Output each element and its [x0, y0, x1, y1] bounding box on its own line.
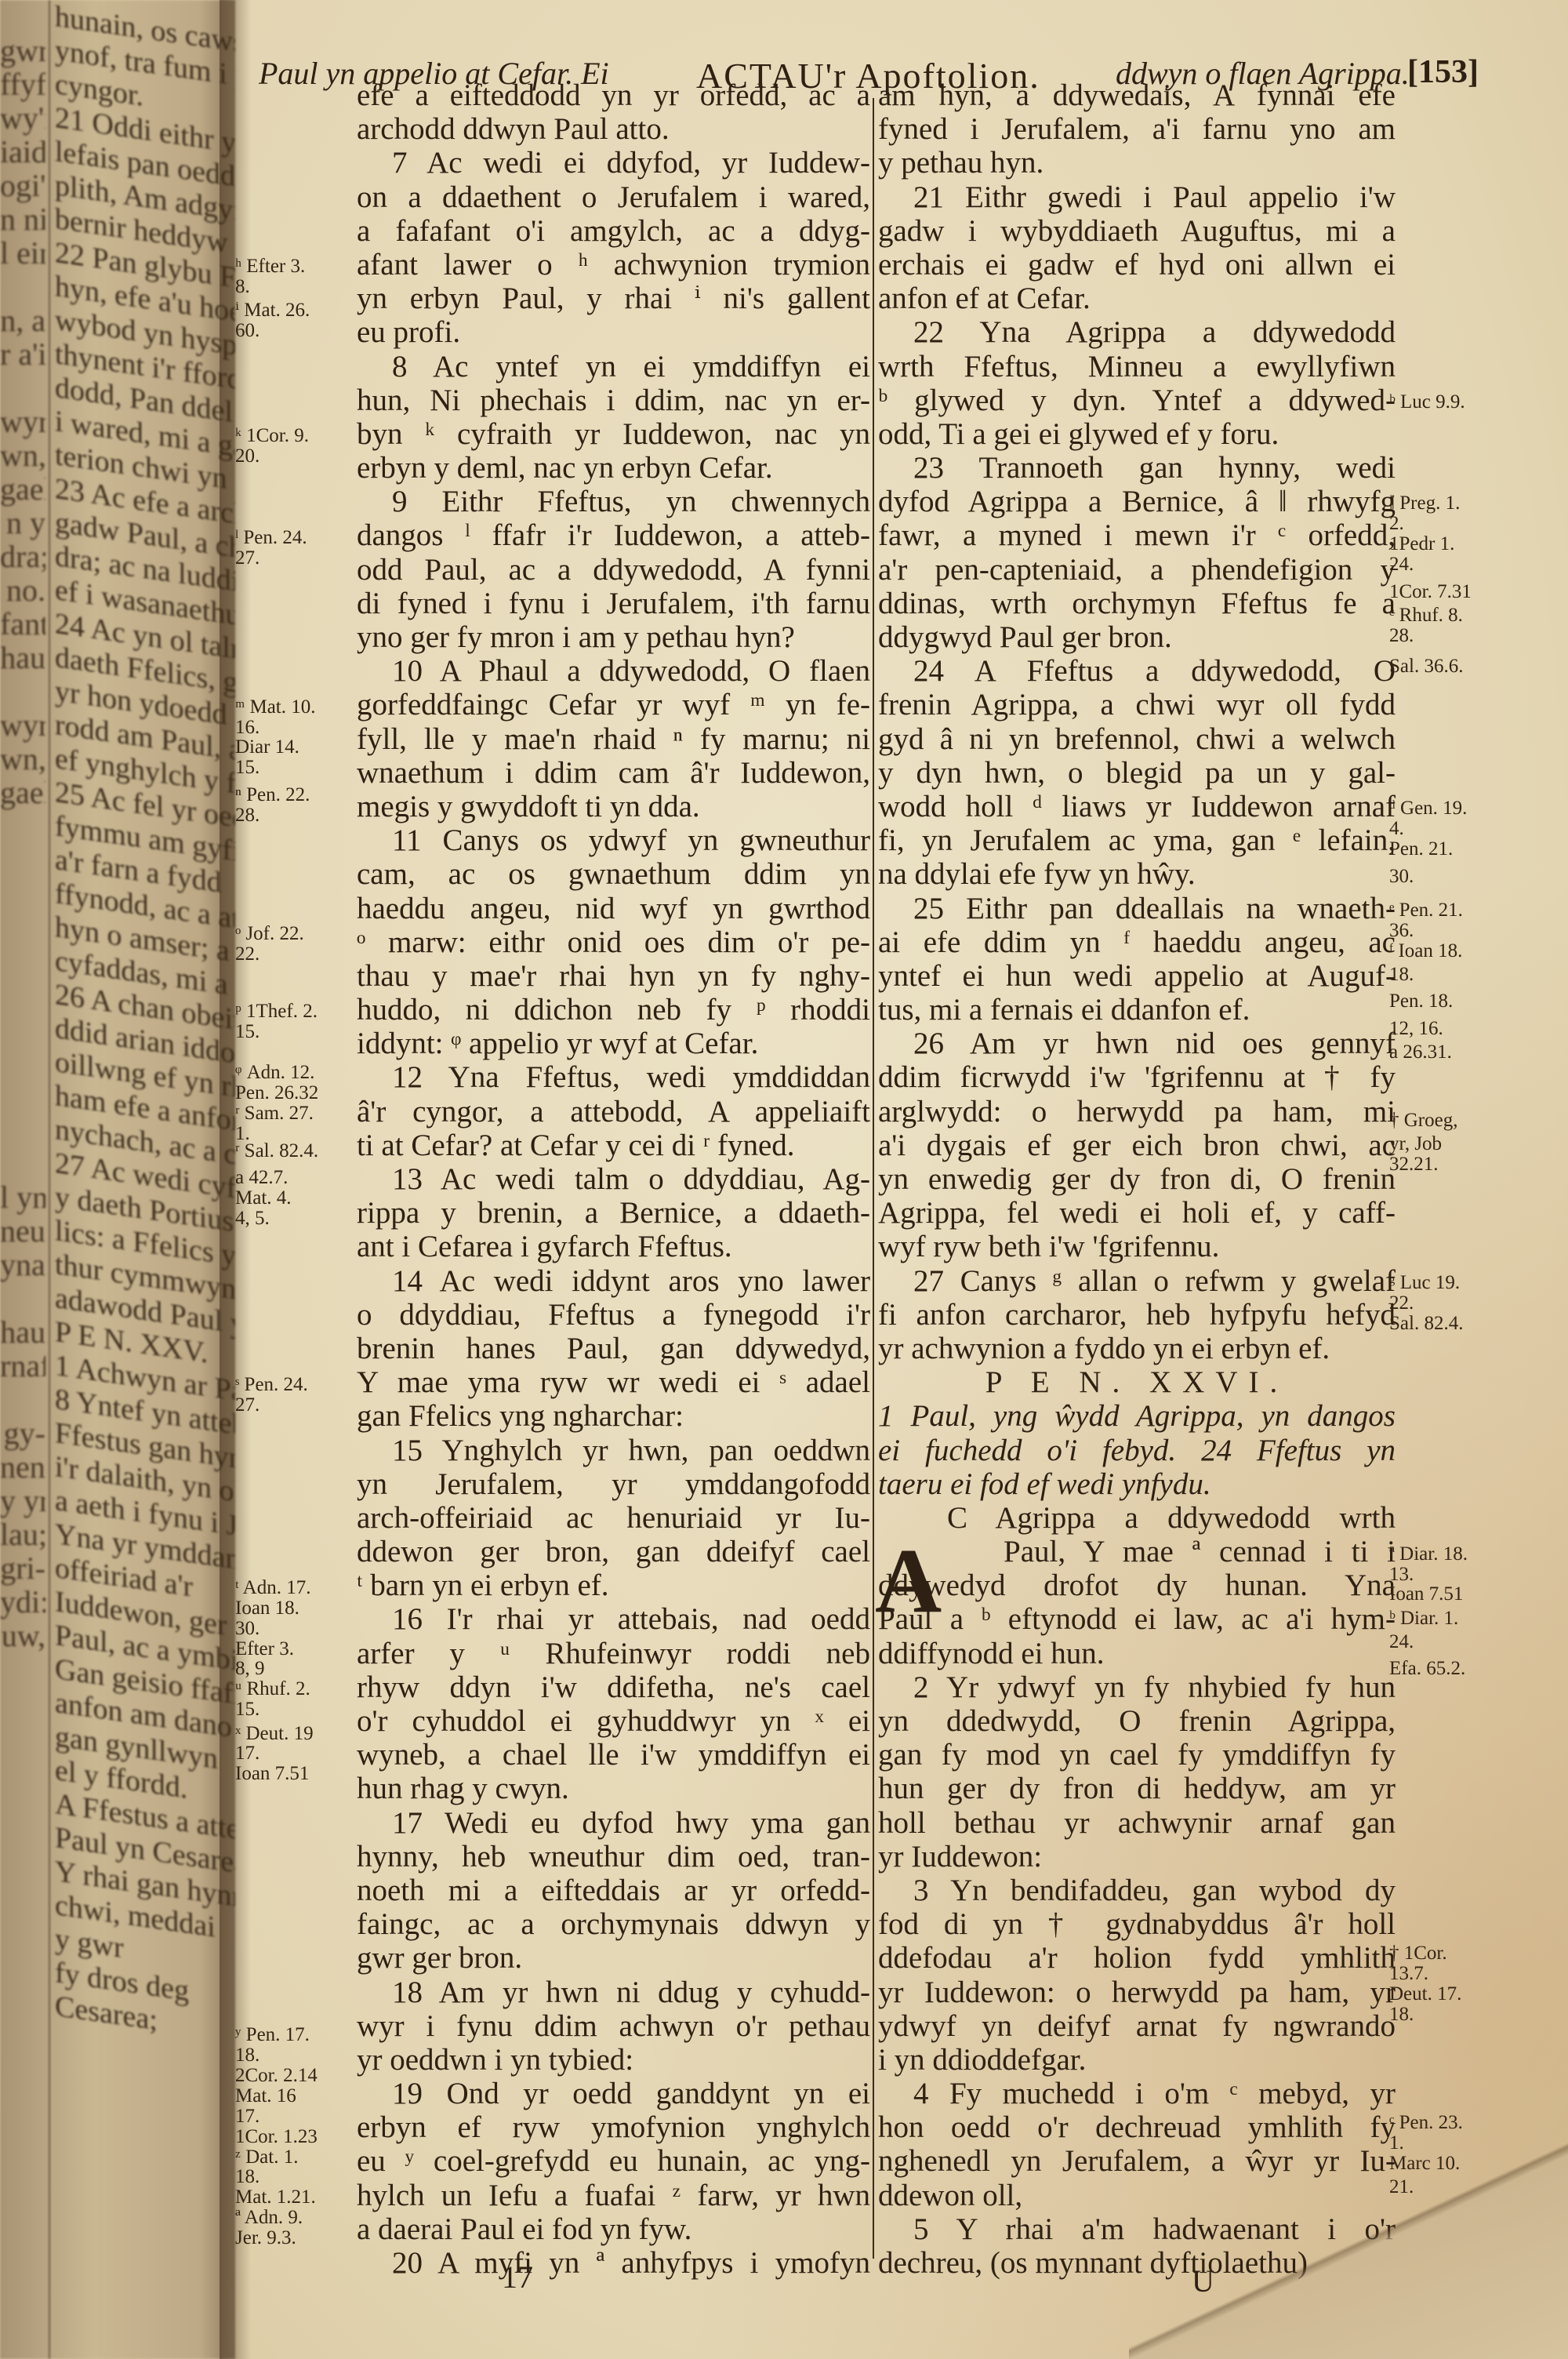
margin-cross-reference: ᵗ Adn. 17.	[235, 1577, 310, 1598]
text-line: na ddylai efe fyw yn hŵy.	[878, 857, 1396, 891]
text-line: ant i Cefarea i gyfarch Ffeftus.	[357, 1230, 870, 1263]
text-line: ti at Cefar? at Cefar y cei di ʳ fyned.	[357, 1129, 870, 1162]
previous-page-line: l yn	[0, 1180, 45, 1214]
margin-cross-reference: 18.	[1389, 964, 1414, 985]
text-line: archodd ddwyn Paul atto.	[357, 112, 870, 146]
text-line: arch-offeiriaid ac henuriaid yr Iu-	[357, 1501, 870, 1535]
margin-cross-reference: 15.	[235, 1699, 260, 1720]
previous-page-line	[0, 1652, 45, 1686]
previous-page-line: wn,	[0, 742, 45, 776]
margin-cross-reference: 22.	[235, 943, 260, 965]
margin-cross-reference: 8, 9	[235, 1658, 265, 1679]
text-line: haeddu angeu, nid wyf yn gwrthod	[357, 892, 870, 925]
text-line: ddinas, wrth orchymyn Ffeftus fe a	[878, 587, 1396, 620]
text-line: iddynt: ᵠ appelio yr wyf at Cefar.	[357, 1027, 870, 1060]
margin-cross-reference: Mat. 1.21.	[235, 2186, 316, 2208]
left-text-column: efe a eifteddodd yn yr orfedd, ac aarcho…	[357, 78, 870, 2280]
previous-page-line	[0, 843, 45, 877]
previous-page-line	[0, 877, 45, 911]
text-line: 19 Ond yr oedd ganddynt yn ei	[357, 2077, 870, 2110]
margin-cross-reference: ᵉ Pen. 21.	[1389, 900, 1463, 921]
margin-cross-reference: ᵈ Gen. 19.	[1389, 798, 1467, 819]
text-line: 11 Canys os ydwyf yn gwneuthur	[357, 823, 870, 857]
margin-cross-reference: 16.	[235, 717, 260, 738]
text-line: wyf ryw beth i'w 'fgrifennu.	[878, 1230, 1396, 1263]
text-line: yr Iuddewon: o herwydd pa ham, yr	[878, 1976, 1396, 2009]
previous-page-line	[0, 2192, 45, 2226]
text-line: â'r cyngor, a attebodd, A appeliaift	[357, 1095, 870, 1129]
text-line: ei fuchedd o'i febyd. 24 Ffeftus yn	[878, 1434, 1396, 1467]
text-line: i yn ddioddefgar.	[878, 2043, 1396, 2077]
text-line: hun ger dy fron di heddyw, am yr	[878, 1772, 1396, 1805]
margin-cross-reference: a 26.31.	[1389, 1041, 1452, 1063]
previous-page-line	[0, 2091, 45, 2125]
text-line: yn ddedwydd, O frenin Agrippa,	[878, 1704, 1396, 1738]
text-line: fawr, a myned i mewn i'r ᶜ orfedd,	[878, 518, 1396, 552]
text-line: a'r pen-capteniaid, a phendefigion y	[878, 553, 1396, 587]
previous-page-line	[0, 944, 45, 978]
text-line: brenin hanes Paul, gan ddywedyd,	[357, 1332, 870, 1365]
margin-cross-reference: 18.	[235, 2166, 260, 2187]
margin-cross-reference: ʳ Sam. 27.	[235, 1103, 314, 1124]
text-line: y pethau hyn.	[878, 146, 1396, 180]
previous-page-line	[0, 674, 45, 708]
margin-cross-reference: Mat. 4.	[235, 1187, 292, 1209]
previous-page-line	[0, 1888, 45, 1922]
text-line: faingc, ac a orchymynais ddwyn y	[357, 1907, 870, 1941]
margin-cross-reference: 1Pedr 1.	[1389, 533, 1454, 554]
previous-page-line	[0, 1754, 45, 1787]
text-line: 12 Yna Ffeftus, wedi ymddiddan	[357, 1060, 870, 1094]
margin-cross-reference: ᵘ Rhuf. 2.	[235, 1678, 310, 1699]
margin-cross-reference: ᵠ Adn. 12.	[235, 1062, 314, 1083]
text-line: ai efe ddim yn ᶠ haeddu angeu, ac	[878, 925, 1396, 959]
text-line: 9 Eithr Ffeftus, yn chwennych	[357, 485, 870, 518]
text-line: erbyn y deml, nac yn erbyn Cefar.	[357, 451, 870, 485]
text-line: yr Iuddewon:	[878, 1840, 1396, 1874]
text-line: hun rhag y cwyn.	[357, 1772, 870, 1805]
previous-page-line: hau	[0, 1315, 45, 1349]
text-line: dyfod Agrippa a Bernice, â ‖ rhwyfg	[878, 485, 1396, 518]
margin-cross-reference: ᵖ 1Thef. 2.	[235, 1001, 318, 1022]
text-line: eu ʸ coel-grefydd eu hunain, ac yng-	[357, 2144, 870, 2178]
margin-cross-reference: ʸ Pen. 17.	[235, 2024, 310, 2045]
margin-cross-reference: ‖ Preg. 1.	[1389, 493, 1460, 514]
text-line: hun, Ni phechais i ddim, nac yn er-	[357, 383, 870, 417]
previous-page-line: n ni,	[0, 202, 45, 236]
text-line: Y mae yma ryw wr wedi ei ˢ adael	[357, 1365, 870, 1399]
text-line: 27 Canys ᵍ allan o refwm y gwelaf	[878, 1264, 1396, 1298]
margin-cross-reference: ʰ Efter 3.	[235, 256, 305, 277]
text-line: odd, Ti a gei ei glywed ef y foru.	[878, 417, 1396, 451]
text-line: 25 Eithr pan ddeallais na wnaeth-	[878, 892, 1396, 925]
previous-page-line	[0, 0, 45, 34]
previous-page-line: gael	[0, 776, 45, 809]
text-line: gyd â ni yn brefennol, chwi a welwch	[878, 722, 1396, 756]
previous-page-line	[0, 1045, 45, 1079]
previous-page-line: yna-	[0, 1248, 45, 1281]
margin-cross-reference: ᵇ Luc 9.9.	[1389, 391, 1465, 413]
margin-cross-reference: Efter 3.	[235, 1638, 294, 1659]
margin-cross-reference: Pen. 26.32	[235, 1082, 318, 1103]
margin-cross-reference: Efa. 65.2.	[1389, 1658, 1465, 1679]
margin-cross-reference: ᶜ Rhuf. 8.	[1389, 605, 1463, 626]
text-line: frenin Agrippa, a chwi wyr oll fydd	[878, 688, 1396, 722]
margin-cross-reference: ᶻ Dat. 1.	[235, 2146, 298, 2168]
text-line: ddewon ger bron, gan ddeifyf cael	[357, 1535, 870, 1568]
text-line: ᵇ glywed y dyn. Yntef a ddywed-	[878, 383, 1396, 417]
text-line: noeth mi a eifteddais ar yr orfedd-	[357, 1874, 870, 1907]
text-line: dangos ˡ ffafr i'r Iuddewon, a atteb-	[357, 518, 870, 552]
text-line: yntef ei hun wedi appelio at Auguf-	[878, 959, 1396, 993]
previous-page-line: r a'i	[0, 337, 45, 371]
text-line: yno ger fy mron i am y pethau hyn?	[357, 620, 870, 654]
text-line: 15 Ynghylch yr hwn, pan oeddwn	[357, 1434, 870, 1467]
text-line: 4 Fy muchedd i o'm ᶜ mebyd, yr	[878, 2077, 1396, 2110]
text-line: fyll, lle y mae'n rhaid ⁿ fy marnu; ni	[357, 722, 870, 756]
margin-cross-reference: 27.	[235, 1394, 260, 1416]
previous-page-line	[0, 2125, 45, 2158]
text-line: yn enwedig ger dy fron di, O frenin	[878, 1162, 1396, 1196]
margin-cross-reference: yr, Job	[1389, 1133, 1442, 1154]
margin-cross-reference: 27.	[235, 547, 260, 569]
previous-page-line: wn,	[0, 438, 45, 472]
previous-page-line: gy-	[0, 1416, 45, 1450]
text-line: yn erbyn Paul, y rhai ⁱ ni's gallent	[357, 282, 870, 315]
previous-page-line: gwr	[0, 34, 45, 67]
previous-page-line: wy'r	[0, 101, 45, 135]
margin-cross-reference: 15.	[235, 757, 260, 778]
margin-cross-reference: ˣ Deut. 19	[235, 1723, 314, 1744]
text-line: ᵒ marw: eithr onid oes dim o'r pe-	[357, 925, 870, 959]
text-line: yr oeddwn i yn tybied:	[357, 2043, 870, 2077]
previous-page-line	[0, 1383, 45, 1416]
previous-page-inner-column: hunain, os cawsant ddimynof, tra fum i y…	[55, 0, 235, 2050]
text-line: 21 Eithr gwedi i Paul appelio i'w	[878, 180, 1396, 214]
margin-cross-reference: 4, 5.	[235, 1208, 270, 1229]
text-line: di fyned i fynu i Jerufalem, i'th farnu	[357, 587, 870, 620]
previous-page-line: uw,	[0, 1619, 45, 1652]
text-line: on a ddaethent o Jerufalem i wared,	[357, 180, 870, 214]
text-line: ddywedyd drofot dy hunan. Yna	[878, 1568, 1396, 1602]
previous-page-line	[0, 1855, 45, 1888]
margin-cross-reference: 8.	[235, 276, 250, 297]
previous-page-line	[0, 1990, 45, 2023]
margin-cross-reference: Diar 14.	[235, 736, 299, 758]
text-line: gan Ffelics yng ngharchar:	[357, 1399, 870, 1433]
previous-page-line: nent	[0, 1450, 45, 1484]
margin-cross-reference: ᵏ 1Cor. 9.	[235, 425, 309, 446]
margin-cross-reference: Sal. 36.6.	[1389, 656, 1463, 677]
margin-cross-reference: 30.	[1389, 866, 1414, 887]
previous-page-line	[0, 2226, 45, 2259]
text-line: fi, yn Jerufalem ac yma, gan ᵉ lefain,	[878, 823, 1396, 857]
text-line: 17 Wedi eu dyfod hwy yma gan	[357, 1806, 870, 1840]
margin-cross-reference: Sal. 82.4.	[1389, 1313, 1463, 1334]
text-line: wrth Ffeftus, Minneu a ewyllyfiwn	[878, 350, 1396, 383]
margin-cross-reference: 28.	[1389, 625, 1414, 646]
text-line: megis y gwyddoft ti yn dda.	[357, 790, 870, 823]
margin-cross-reference: ᵍ Luc 19.	[1389, 1272, 1460, 1293]
text-line: gadw i wybyddiaeth Auguftus, mi a	[878, 214, 1396, 248]
margin-cross-reference: ᶠ Ioan 18.	[1389, 940, 1462, 961]
margin-cross-reference: 13.	[1389, 1564, 1414, 1585]
margin-cross-reference: ˡ Pen. 24.	[235, 527, 307, 548]
previous-page-line	[0, 1281, 45, 1315]
previous-page-line	[0, 911, 45, 944]
text-line: ddiffynodd ei hun.	[878, 1637, 1396, 1670]
text-line: thau y mae'r rhai hyn yn fy nghy-	[357, 959, 870, 993]
text-line: 10 A Phaul a ddywedodd, O flaen	[357, 654, 870, 688]
previous-page-line: ydi:	[0, 1585, 45, 1619]
previous-page-outer-column: gwrffyfgwy'riaid:ogi'rn ni,l einn, ar a'…	[0, 0, 45, 2293]
margin-cross-reference: Ioan 7.51	[235, 1763, 309, 1784]
text-line: o'r cyhuddol ei gyhuddwyr yn ˣ ei	[357, 1704, 870, 1738]
previous-page-line	[0, 2259, 45, 2293]
previous-page-line: lau;	[0, 1518, 45, 1551]
text-line: yr achwynion a fyddo yn ei erbyn ef.	[878, 1332, 1396, 1365]
margin-cross-reference: 32.21.	[1389, 1154, 1439, 1175]
text-line: fi anfon carcharor, heb hyfpyfu hefyd	[878, 1298, 1396, 1332]
previous-page-line: wyr	[0, 708, 45, 742]
margin-cross-reference: Deut. 17.	[1389, 1983, 1461, 2005]
previous-page-strip: gwrffyfgwy'riaid:ogi'rn ni,l einn, ar a'…	[0, 0, 235, 2359]
text-line: ᵗ barn yn ei erbyn ef.	[357, 1568, 870, 1602]
margin-cross-reference: Pen. 21.	[1389, 838, 1453, 860]
margin-cross-reference: ˢ Pen. 24.	[235, 1374, 308, 1395]
margin-cross-reference: ᶜ Pen. 23.	[1389, 2112, 1463, 2133]
text-line: odd Paul, ac a ddywedodd, A fynni	[357, 553, 870, 587]
margin-cross-reference: 17.	[235, 1743, 260, 1764]
text-line: P E N. XXVI.	[878, 1365, 1396, 1399]
margin-cross-reference: Pen. 18.	[1389, 990, 1453, 1012]
previous-page-line	[0, 2158, 45, 2192]
text-line: erbyn ef ryw ymofynion ynghylch	[357, 2110, 870, 2144]
margin-cross-reference: ª Adn. 9.	[235, 2207, 303, 2228]
text-line: 3 Yn bendifaddeu, gan wybod dy	[878, 1874, 1396, 1907]
text-line: hynny, heb wneuthur dim oed, tran-	[357, 1840, 870, 1874]
text-line: 8 Ac yntef yn ei ymddiffyn ei	[357, 350, 870, 383]
text-line: eu profi.	[357, 315, 870, 349]
previous-page-column-rule	[49, 0, 50, 2359]
margin-cross-reference: a 42.7.	[235, 1167, 288, 1188]
text-line: rippa y brenin, a Bernice, a ddaeth-	[357, 1196, 870, 1230]
text-line: wnaethum i ddim cam â'r Iuddewon,	[357, 756, 870, 790]
text-line: 23 Trannoeth gan hynny, wedi	[878, 451, 1396, 485]
text-line: byn ᵏ cyfraith yr Iuddewon, nac yn	[357, 417, 870, 451]
text-line: 7 Ac wedi ei ddyfod, yr Iuddew-	[357, 146, 870, 180]
text-line: 26 Am yr hwn nid oes gennyf	[878, 1027, 1396, 1060]
previous-page-line: n y	[0, 506, 45, 540]
previous-page-line: wyr	[0, 405, 45, 438]
previous-page-line	[0, 809, 45, 843]
margin-cross-reference: 12, 16.	[1389, 1018, 1443, 1039]
page-number: [153]	[1407, 53, 1479, 91]
text-line: huddo, ni ddichon neb fy ᵖ rhoddi	[357, 993, 870, 1027]
previous-page-line: neu-	[0, 1214, 45, 1248]
margin-cross-reference: 24.	[1389, 1631, 1414, 1652]
text-line: 24 A Ffeftus a ddywedodd, O	[878, 654, 1396, 688]
margin-cross-reference: 20.	[235, 445, 260, 467]
text-line: wodd holl ᵈ liaws yr Iuddewon arnaf	[878, 790, 1396, 823]
margin-cross-reference: ᵒ Jof. 22.	[235, 923, 304, 944]
previous-page-line	[0, 371, 45, 405]
previous-page-line: rnaf	[0, 1349, 45, 1383]
text-line: 2 Yr ydwyf yn fy nhybied fy hun	[878, 1670, 1396, 1704]
margin-cross-reference: 17.	[235, 2106, 260, 2127]
text-line: fyned i Jerufalem, a'i farnu yno am	[878, 112, 1396, 146]
text-line: yn Jerufalem, yr ymddangofodd	[357, 1467, 870, 1501]
previous-page-line	[0, 1012, 45, 1045]
text-line: 22 Yna Agrippa a ddywedodd	[878, 315, 1396, 349]
text-line: gwr ger bron.	[357, 1941, 870, 1975]
previous-page-line: fant	[0, 607, 45, 641]
margin-cross-reference: 18.	[1389, 2004, 1414, 2025]
previous-page-line: gael	[0, 472, 45, 506]
margin-cross-reference: 30.	[235, 1618, 260, 1639]
previous-page-line: n, a	[0, 304, 45, 337]
column-divider-rule	[873, 98, 874, 2259]
text-line: a daerai Paul ei fod yn fyw.	[357, 2212, 870, 2246]
text-line: rhyw ddyn i'w ddifetha, ne's cael	[357, 1670, 870, 1704]
margin-cross-reference: 18.	[235, 2045, 260, 2066]
previous-page-line	[0, 2023, 45, 2057]
margin-cross-reference: 60.	[235, 320, 260, 341]
margin-cross-reference: ʳ Sal. 82.4.	[235, 1140, 318, 1161]
margin-cross-reference: ª Diar. 18.	[1389, 1543, 1468, 1565]
text-line: am hyn, a ddywedais, A fynnai efe	[878, 78, 1396, 112]
right-text-column: am hyn, a ddywedais, A fynnai efefyned i…	[878, 78, 1396, 2280]
margin-cross-reference: 36.	[1389, 920, 1414, 941]
signature-mark-left: 17	[502, 2259, 533, 2295]
text-line: wyneb, a chael lle i'w ymddiffyn ei	[357, 1738, 870, 1772]
previous-page-line	[0, 1147, 45, 1180]
previous-page-line	[0, 1079, 45, 1113]
previous-page-line	[0, 270, 45, 304]
margin-cross-reference: Ioan 18.	[235, 1598, 299, 1619]
margin-cross-reference: 2.	[1389, 513, 1404, 534]
margin-cross-reference: 22.	[1389, 1292, 1414, 1314]
previous-page-line	[0, 1720, 45, 1754]
margin-cross-reference: Jer. 9.3.	[235, 2227, 296, 2248]
margin-cross-reference: ᵐ Mat. 10.	[235, 696, 316, 718]
text-line: afant lawer o ʰ achwynion trymion	[357, 248, 870, 282]
margin-cross-reference: 1Cor. 1.23	[235, 2126, 318, 2147]
previous-page-line	[0, 978, 45, 1012]
text-line: gorfeddfaingc Cefar yr wyf ᵐ yn fe-	[357, 688, 870, 722]
margin-cross-reference: ᵇ Diar. 1.	[1389, 1608, 1458, 1629]
previous-page-line	[0, 1686, 45, 1720]
margin-cross-reference: 2Cor. 2.14	[235, 2065, 318, 2086]
text-line: Paul, Y mae ª cennad i ti i	[878, 1535, 1396, 1568]
text-line: ddim ficrwydd i'w 'fgrifennu at † fy	[878, 1060, 1396, 1094]
text-line: 16 I'r rhai yr attebais, nad oedd	[357, 1602, 870, 1636]
margin-cross-reference: 1Cor. 7.31	[1389, 581, 1472, 602]
previous-page-line: gri-	[0, 1551, 45, 1585]
margin-cross-reference: 24.	[1389, 554, 1414, 575]
text-line: cam, ac os gwnaethum ddim yn	[357, 857, 870, 891]
margin-cross-reference: Ioan 7.51	[1389, 1583, 1463, 1605]
text-line: holl bethau yr achwynir arnaf gan	[878, 1806, 1396, 1840]
previous-page-line	[0, 1956, 45, 1990]
text-line: 20 A myfi yn ª anhyfpys i ymofyn	[357, 2246, 870, 2280]
text-line: ddefodau a'r holion fydd ymhlith	[878, 1941, 1396, 1975]
text-line: arfer y ᵘ Rhufeinwyr roddi neb	[357, 1637, 870, 1670]
previous-page-line	[0, 1922, 45, 1956]
previous-page-line: ffyfg	[0, 67, 45, 101]
text-line: ydwyf yn deifyf arnat fy ngwrando	[878, 2009, 1396, 2043]
previous-page-line: iaid:	[0, 135, 45, 169]
text-line: hylch un Iefu a fuafai ᶻ farw, yr hwn	[357, 2179, 870, 2212]
margin-cross-reference: ⁱ Mat. 26.	[235, 300, 310, 321]
text-line: C Agrippa a ddywedodd wrth	[878, 1501, 1396, 1535]
text-line: 1 Paul, yng ŵydd Agrippa, yn dangos	[878, 1399, 1396, 1433]
previous-page-line	[0, 1113, 45, 1147]
margin-cross-reference: † 1Cor.	[1389, 1943, 1447, 1964]
page-corner-fold	[1129, 2139, 1568, 2359]
margin-cross-reference: 15.	[235, 1021, 260, 1042]
text-line: erchais ei gadw ef hyd oni allwn ei	[878, 248, 1396, 282]
text-line: wyr i fynu ddim achwyn o'r pethau	[357, 2009, 870, 2043]
text-line: y dyn hwn, o blegid pa un y gal-	[878, 756, 1396, 790]
previous-page-line: no.	[0, 573, 45, 607]
previous-page-line: dra;	[0, 540, 45, 573]
text-line: efe a eifteddodd yn yr orfedd, ac a	[357, 78, 870, 112]
previous-page-line	[0, 2057, 45, 2091]
margin-cross-reference: 4.	[1389, 818, 1404, 839]
previous-page-line: hau	[0, 641, 45, 674]
text-line: ddygwyd Paul ger bron.	[878, 620, 1396, 654]
text-line: 13 Ac wedi talm o ddyddiau, Ag-	[357, 1162, 870, 1196]
text-line: tus, mi a fernais ei ddanfon ef.	[878, 993, 1396, 1027]
previous-page-line: y yr	[0, 1484, 45, 1518]
previous-page-line	[0, 1821, 45, 1855]
text-line: gan fy mod yn cael fy ymddiffyn fy	[878, 1738, 1396, 1772]
margin-cross-reference: ⁿ Pen. 22.	[235, 784, 310, 805]
margin-cross-reference: 13.7.	[1389, 1963, 1428, 1984]
drop-cap-letter: A	[875, 1542, 942, 1620]
margin-cross-reference: † Groeg,	[1389, 1110, 1457, 1131]
previous-page-line: ogi'r	[0, 169, 45, 202]
text-line: a'i dygais ef ger eich bron chwi, ac	[878, 1129, 1396, 1162]
text-line: anfon ef at Cefar.	[878, 282, 1396, 315]
text-line: 18 Am yr hwn ni ddug y cyhudd-	[357, 1976, 870, 2009]
text-line: o ddyddiau, Ffeftus a fynegodd i'r	[357, 1298, 870, 1332]
text-line: 14 Ac wedi iddynt aros yno lawer	[357, 1264, 870, 1298]
previous-page-line	[0, 1787, 45, 1821]
margin-cross-reference: 28.	[235, 805, 260, 826]
text-line: taeru ei fod ef wedi ynfydu.	[878, 1467, 1396, 1501]
text-line: a fafafant o'i amgylch, ac a ddyg-	[357, 214, 870, 248]
text-line: Paul a ᵇ eftynodd ei law, ac a'i hym-	[878, 1602, 1396, 1636]
previous-page-line: l ein	[0, 236, 45, 270]
margin-cross-reference: Mat. 16	[235, 2085, 296, 2106]
text-line: arglwydd: o herwydd pa ham, mi	[878, 1095, 1396, 1129]
text-line: Agrippa, fel wedi ei holi ef, y caff-	[878, 1196, 1396, 1230]
text-line: fod di yn † gydnabyddus â'r holl	[878, 1907, 1396, 1941]
